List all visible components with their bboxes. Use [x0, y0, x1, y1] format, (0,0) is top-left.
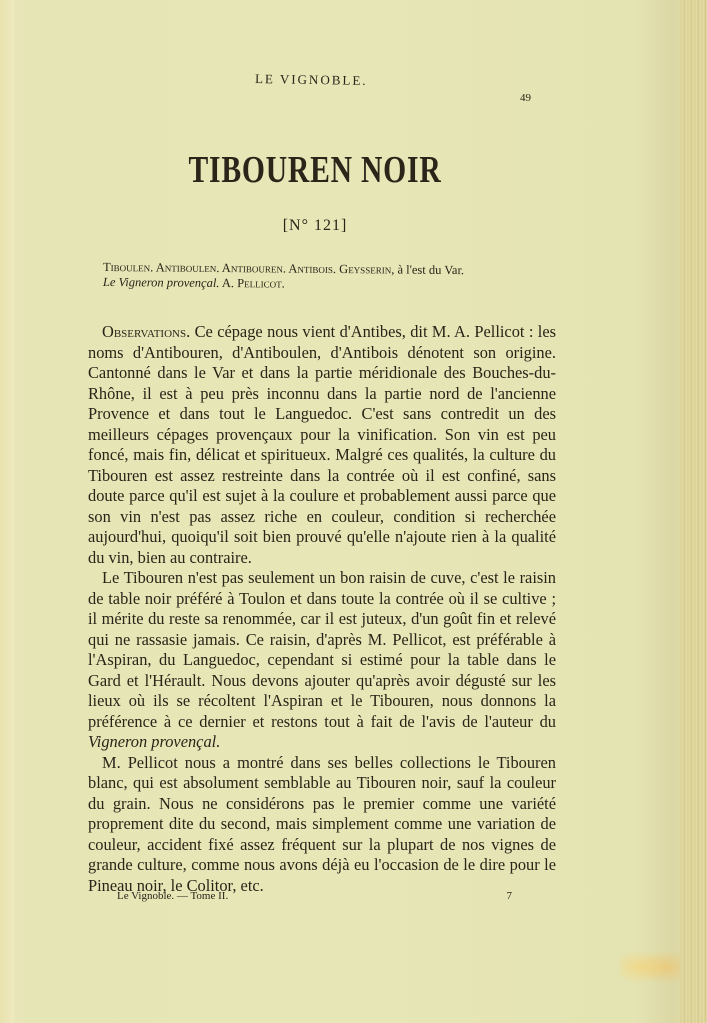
signature-number: 7	[507, 890, 513, 902]
synonym-region: à l'est du Var.	[394, 263, 464, 278]
paragraph-1-text: Ce cépage nous vient d'Antibes, dit M. A…	[88, 322, 556, 567]
page-right-edge-binding	[679, 0, 707, 1023]
page-stain	[620, 940, 680, 985]
synonyms-block: Tiboulen. Antiboulen. Antibouren. Antibo…	[103, 260, 563, 294]
paragraph-tibouren-blanc: M. Pellicot nous a montré dans ses belle…	[88, 753, 556, 897]
entry-title: TIBOUREN NOIR	[69, 148, 560, 192]
paragraph-2-text: Le Tibouren n'est pas seulement un bon r…	[88, 568, 556, 731]
book-page: LE VIGNOBLE. 49 TIBOUREN NOIR [N° 121] T…	[0, 0, 707, 1023]
body-text: Observations. Ce cépage nous vient d'Ant…	[88, 322, 556, 896]
page-left-edge	[0, 0, 14, 1023]
page-footer: Le Vignoble. — Tome II. 7	[117, 890, 512, 902]
paragraph-3-text: M. Pellicot nous a montré dans ses belle…	[88, 753, 556, 895]
observations-label: Observations.	[102, 322, 190, 341]
synonyms-line-2: Le Vigneron provençal. A. Pellicot.	[103, 275, 563, 294]
paragraph-2-italic: Vigneron provençal.	[88, 732, 220, 751]
source-author: A. Pellicot.	[219, 276, 284, 291]
running-head: LE VIGNOBLE.	[255, 71, 368, 89]
signature-mark: Le Vignoble. — Tome II.	[117, 890, 228, 902]
entry-number: [N° 121]	[0, 217, 630, 235]
synonym-names: Tiboulen. Antiboulen. Antibouren. Antibo…	[103, 260, 394, 277]
paragraph-observations: Observations. Ce cépage nous vient d'Ant…	[88, 322, 556, 568]
page-number: 49	[520, 92, 531, 104]
source-title: Le Vigneron provençal.	[103, 275, 220, 290]
paragraph-table-grape: Le Tibouren n'est pas seulement un bon r…	[88, 568, 556, 753]
